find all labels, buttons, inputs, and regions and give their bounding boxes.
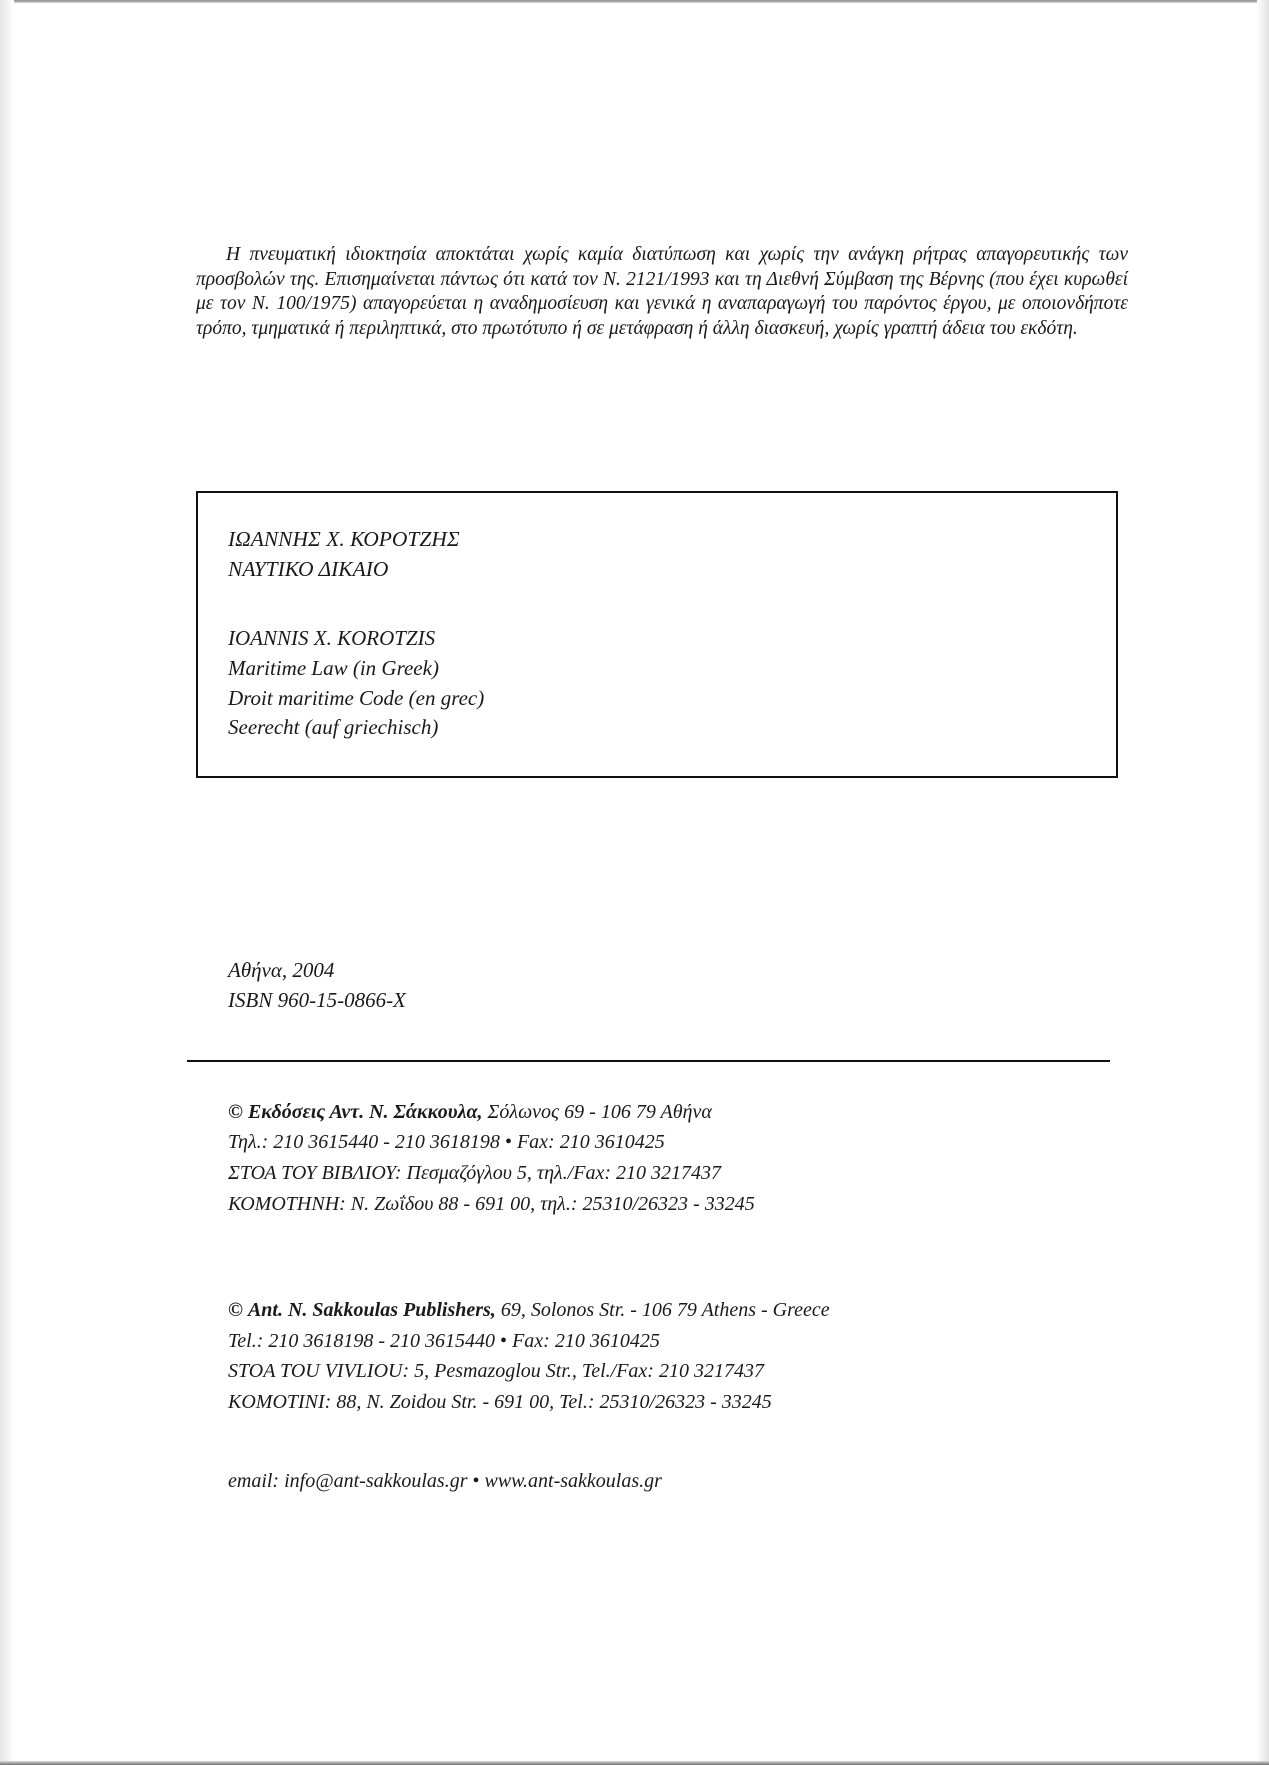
publisher-english-bookstore: STOA TOU VIVLIOU: 5, Pesmazoglou Str., T… [228,1357,764,1385]
isbn: ISBN 960-15-0866-X [228,985,406,1015]
rights-notice-text: Η πνευματική ιδιοκτησία αποκτάται χωρίς … [196,243,1128,341]
publication-place-year: Αθήνα, 2004 [228,955,334,985]
horizontal-divider [187,1060,1110,1062]
publisher-greek-address: Σόλωνος 69 - 106 79 Αθήνα [483,1101,712,1123]
english-book-title: Maritime Law (in Greek) [228,656,439,681]
publisher-english-name-line: © Ant. N. Sakkoulas Publishers, 69, Solo… [228,1296,830,1324]
publisher-english-address: 69, Solonos Str. - 106 79 Athens - Greec… [496,1299,830,1321]
publisher-email: email: info@ant-sakkoulas.gr [228,1470,467,1492]
publisher-greek-name: Εκδόσεις Αντ. Ν. Σάκκουλα, [248,1101,483,1123]
greek-author-name: ΙΩΑΝΝΗΣ Χ. ΚΟΡΟΤΖΗΣ [228,527,460,552]
online-contact-line: email: info@ant-sakkoulas.gr • www.ant-s… [228,1467,662,1495]
copyright-icon: © [228,1101,243,1123]
copyright-icon: © [228,1299,243,1321]
rights-notice-paragraph: Η πνευματική ιδιοκτησία αποκτάται χωρίς … [196,243,1128,341]
publisher-greek-bookstore: ΣΤΟΑ ΤΟΥ ΒΙΒΛΙΟΥ: Πεσμαζόγλου 5, τηλ./Fa… [228,1159,721,1187]
bullet-separator-icon: • [500,1131,512,1153]
bullet-separator-icon: • [467,1470,479,1492]
latin-author-name: IOANNIS X. KOROTZIS [228,626,435,651]
publisher-website: www.ant-sakkoulas.gr [480,1470,662,1492]
scan-edge-bottom [0,1761,1269,1765]
german-book-title: Seerecht (auf griechisch) [228,715,438,740]
publisher-english-branch: KOMOTINI: 88, N. Zoidou Str. - 691 00, T… [228,1388,772,1416]
publisher-english-phone-line: Tel.: 210 3618198 - 210 3615440 • Fax: 2… [228,1327,660,1355]
publisher-greek-branch: ΚΟΜΟΤΗΝΗ: Ν. Ζωΐδου 88 - 691 00, τηλ.: 2… [228,1190,755,1218]
title-box: ΙΩΑΝΝΗΣ Χ. ΚΟΡΟΤΖΗΣ ΝΑΥΤΙΚΟ ΔΙΚΑΙΟ IOANN… [196,491,1118,778]
french-book-title: Droit maritime Code (en grec) [228,686,484,711]
scan-edge-top [0,0,1269,3]
bullet-separator-icon: • [495,1330,507,1352]
book-copyright-page: ​ Η πνευματική ιδιοκτησία αποκτάται χωρί… [0,0,1269,1765]
publisher-greek-fax: Fax: 210 3610425 [512,1131,665,1153]
publisher-greek-phone-line: Τηλ.: 210 3615440 - 210 3618198 • Fax: 2… [228,1128,665,1156]
publisher-english-phones: Tel.: 210 3618198 - 210 3615440 [228,1330,495,1352]
publisher-english-name: Ant. N. Sakkoulas Publishers, [248,1299,496,1321]
greek-book-title: ΝΑΥΤΙΚΟ ΔΙΚΑΙΟ [228,557,388,582]
publisher-greek-name-line: © Εκδόσεις Αντ. Ν. Σάκκουλα, Σόλωνος 69 … [228,1098,712,1126]
scan-edge-left [0,0,14,1765]
publisher-english-fax: Fax: 210 3610425 [507,1330,660,1352]
publisher-greek-phones: Τηλ.: 210 3615440 - 210 3618198 [228,1131,500,1153]
scan-edge-right [1257,0,1269,1765]
